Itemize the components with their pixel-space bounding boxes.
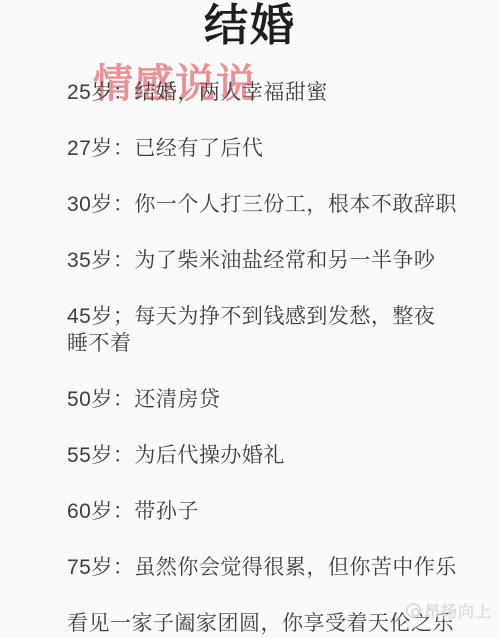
list-item-text: 45岁；每天为挣不到钱感到发愁，整夜	[67, 303, 460, 330]
list-item-age-35: 35岁：为了柴米油盐经常和另一半争吵	[67, 247, 460, 274]
list-item-text: 35岁：为了柴米油盐经常和另一半争吵	[67, 247, 460, 274]
list-item-age-27: 27岁：已经有了后代	[67, 135, 460, 162]
age-event-list: 25岁：结婚，两人幸福甜蜜 27岁：已经有了后代 30岁：你一个人打三份工，根本…	[0, 79, 500, 637]
list-item-age-30: 30岁：你一个人打三份工，根本不敢辞职	[67, 191, 460, 218]
list-item-age-75: 75岁：虽然你会觉得很累，但你苦中作乐	[67, 554, 460, 581]
list-item-age-55: 55岁：为后代操办婚礼	[67, 442, 460, 469]
list-item-text: 看见一家子阖家团圆，你享受着天伦之乐	[67, 610, 460, 637]
list-item-continuation: 看见一家子阖家团圆，你享受着天伦之乐	[67, 610, 460, 637]
page-title: 结婚	[0, 0, 500, 49]
list-item-age-50: 50岁：还清房贷	[67, 386, 460, 413]
text-post-image: 情感说说 结婚 25岁：结婚，两人幸福甜蜜 27岁：已经有了后代 30岁：你一个…	[0, 0, 500, 638]
list-item-text: 55岁：为后代操办婚礼	[67, 442, 460, 469]
list-item-text: 25岁：结婚，两人幸福甜蜜	[67, 79, 460, 106]
list-item-text: 30岁：你一个人打三份工，根本不敢辞职	[67, 191, 460, 218]
list-item-age-45: 45岁；每天为挣不到钱感到发愁，整夜 睡不着	[67, 303, 460, 357]
list-item-age-60: 60岁：带孙子	[67, 498, 460, 525]
bottom-watermark-text: 昂扬向上	[424, 599, 492, 622]
list-item-age-25: 25岁：结婚，两人幸福甜蜜	[67, 79, 460, 106]
list-item-text: 60岁：带孙子	[67, 498, 460, 525]
bottom-watermark: 昂扬向上	[406, 599, 492, 622]
list-item-text: 50岁：还清房贷	[67, 386, 460, 413]
list-item-text: 27岁：已经有了后代	[67, 135, 460, 162]
list-item-text: 75岁：虽然你会觉得很累，但你苦中作乐	[67, 554, 460, 581]
concentric-circle-logo-icon	[406, 603, 421, 618]
list-item-text-wrapped: 睡不着	[67, 330, 460, 357]
